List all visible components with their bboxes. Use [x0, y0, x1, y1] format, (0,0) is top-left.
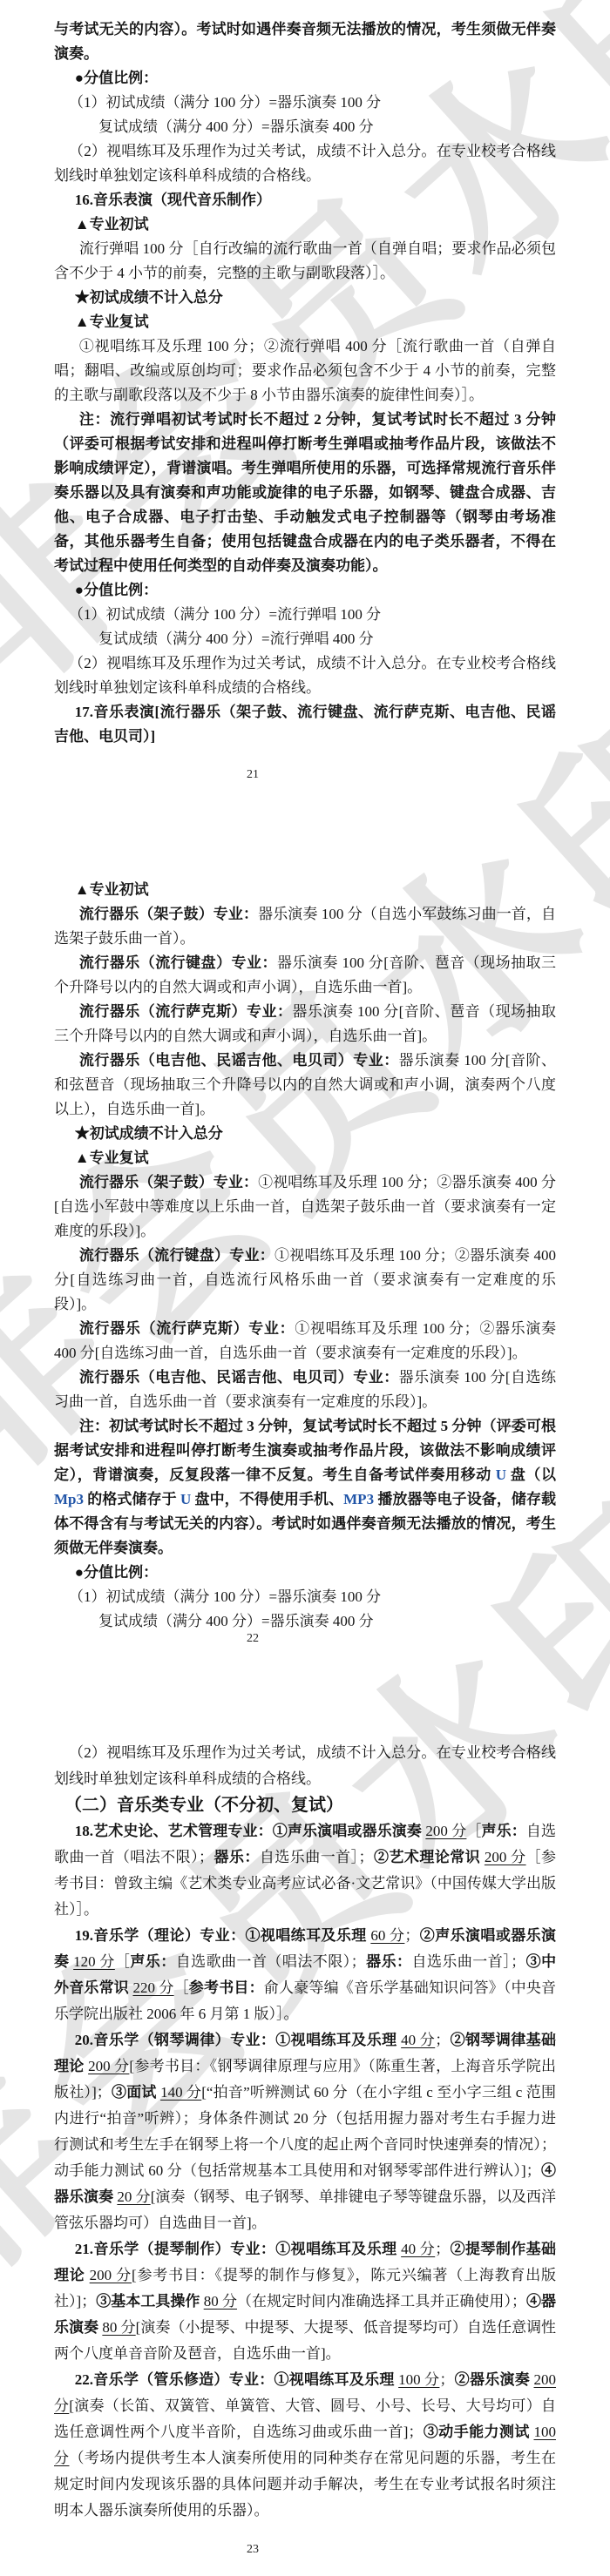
- text-run: 140 分: [160, 2084, 201, 2101]
- text-run: 流行器乐（电吉他、民谣吉他、电贝司）专业：: [79, 1052, 399, 1069]
- text-run: 120 分: [73, 1953, 115, 1970]
- text-run: （1）初试成绩（满分 100 分）=器乐演奏 100 分: [69, 94, 381, 111]
- text-run: U: [180, 1491, 191, 1507]
- text-run: （1）初试成绩（满分 100 分）=器乐演奏 100 分: [69, 1588, 381, 1605]
- text-run: 流行器乐（电吉他、民谣吉他、电贝司）专业：: [79, 1369, 399, 1386]
- score-note: （2）视唱练耳及乐理作为过关考试，成绩不计入总分。在专业校考合格线划线时单独划定…: [54, 651, 556, 700]
- text-run: 80 分: [102, 2319, 135, 2336]
- preliminary-exam-heading: ▲专业初试: [54, 212, 556, 237]
- text-run: 注：流行弹唱初试考试时长不超过 2 分钟，复试考试时长不超过 3 分钟（评委可根…: [54, 411, 556, 574]
- page-number-23: 23: [225, 2543, 281, 2557]
- text-run: 流行器乐（架子鼓）专业：: [79, 1174, 258, 1190]
- page-number-22: 22: [225, 1632, 281, 1646]
- text-run: （2）视唱练耳及乐理作为过关考试，成绩不计入总分。在专业校考合格线划线时单独划定…: [54, 1744, 556, 1787]
- text-run: 盘中，不得使用手机、: [191, 1491, 343, 1507]
- preliminary-not-counted: ★初试成绩不计入总分: [54, 1122, 556, 1146]
- text-run: 60 分: [370, 1927, 404, 1944]
- text-run: ［: [115, 1953, 130, 1970]
- text-run: 100 分: [398, 2371, 439, 2388]
- text-run: 16.音乐表演（现代音乐制作）: [75, 192, 271, 208]
- text-run: 40 分: [401, 2032, 435, 2048]
- item-22: 22.音乐学（管乐修造）专业：①视唱练耳及乐理 100 分；②器乐演奏 200 …: [54, 2367, 556, 2524]
- score-line-final: 复试成绩（满分 400 分）=器乐演奏 400 分: [54, 115, 556, 139]
- text-run: （在规定时间内准确选择工具并正确使用）；: [237, 2293, 526, 2310]
- final-exam-heading: ▲专业复试: [54, 310, 556, 334]
- text-run: 复试成绩（满分 400 分）=器乐演奏 400 分: [98, 1613, 374, 1629]
- text-run: 复试成绩（满分 400 分）=流行弹唱 400 分: [98, 631, 374, 647]
- text-run: （二）音乐类专业（不分初、复试）: [64, 1796, 343, 1815]
- spec-keyboard-final: 流行器乐（流行键盘）专业：①视唱练耳及乐理 100 分；②器乐演奏 400 分[…: [54, 1244, 556, 1317]
- text-run: 80 分: [204, 2293, 237, 2310]
- page-22-body: ▲专业初试流行器乐（架子鼓）专业：器乐演奏 100 分（自选小军鼓练习曲一首，自…: [54, 878, 556, 1634]
- text-run: 器乐：: [213, 1849, 260, 1865]
- text-run: ；: [404, 1927, 419, 1944]
- text-run: MP3: [343, 1491, 374, 1507]
- text-run: ▲专业初试: [75, 881, 149, 898]
- spec-drums-preliminary: 流行器乐（架子鼓）专业：器乐演奏 100 分（自选小军鼓练习曲一首，自选架子鼓乐…: [54, 902, 556, 951]
- text-run: （1）初试成绩（满分 100 分）=流行弹唱 100 分: [69, 606, 381, 623]
- score-note: （2）视唱练耳及乐理作为过关考试，成绩不计入总分。在专业校考合格线划线时单独划定…: [54, 1740, 556, 1792]
- text-run: 流行弹唱 100 分［自行改编的流行歌曲一首（自弹自唱；要求作品必须包含不少于 …: [54, 240, 556, 281]
- score-line-final: 复试成绩（满分 400 分）=流行弹唱 400 分: [54, 627, 556, 651]
- text-run: ；: [435, 2241, 450, 2257]
- text-run: 200 分: [425, 1823, 466, 1839]
- spec-keyboard-preliminary: 流行器乐（流行键盘）专业：器乐演奏 100 分[音阶、琶音（现场抽取三个升降号以…: [54, 951, 556, 1000]
- text-run: 的格式储存于: [84, 1491, 180, 1507]
- text-run: 自选乐曲一首］；: [411, 1953, 525, 1970]
- text-run: 流行器乐（流行萨克斯）专业：: [79, 1320, 295, 1337]
- text-run: ①视唱练耳及乐理 100 分；②流行弹唱 400 分［流行歌曲一首（自弹自唱；翻…: [54, 338, 556, 403]
- text-run: ★初试成绩不计入总分: [75, 289, 223, 306]
- text-run: ；: [439, 2371, 454, 2388]
- text-run: 器乐：: [366, 1953, 412, 1970]
- text-run: ▲专业复试: [75, 1150, 149, 1166]
- text-run: ③基本工具操作: [96, 2293, 203, 2310]
- text-run: ▲专业复试: [75, 314, 149, 330]
- text-run: 盘（以: [506, 1467, 556, 1483]
- score-ratio-heading: ●分值比例：: [54, 578, 556, 603]
- page-21-body: 与考试无关的内容）。考试时如遇伴奏音频无法播放的情况，考生须做无伴奏演奏。●分值…: [54, 17, 556, 749]
- text-run: Mp3: [54, 1491, 84, 1507]
- note-continuation: 与考试无关的内容）。考试时如遇伴奏音频无法播放的情况，考生须做无伴奏演奏。: [54, 17, 556, 66]
- text-run: 21.音乐学（提琴制作）专业：: [75, 2241, 275, 2257]
- text-run: 200 分: [90, 2267, 132, 2283]
- text-run: 流行器乐（流行键盘）专业：: [79, 954, 277, 971]
- score-line-preliminary: （1）初试成绩（满分 100 分）=器乐演奏 100 分: [54, 91, 556, 115]
- exam-note: 注：初试考试时长不超过 3 分钟，复试考试时长不超过 5 分钟（评委可根据考试安…: [54, 1414, 556, 1561]
- text-run: 声乐：: [130, 1953, 175, 1970]
- text-run: ；: [435, 2032, 450, 2048]
- text-run: 声乐：: [482, 1823, 526, 1839]
- score-note: （2）视唱练耳及乐理作为过关考试，成绩不计入总分。在专业校考合格线划线时单独划定…: [54, 139, 556, 188]
- score-line-preliminary: （1）初试成绩（满分 100 分）=流行弹唱 100 分: [54, 603, 556, 627]
- text-run: 流行器乐（流行键盘）专业：: [79, 1247, 274, 1264]
- final-exam-content: ①视唱练耳及乐理 100 分；②流行弹唱 400 分［流行歌曲一首（自弹自唱；翻…: [54, 334, 556, 408]
- text-run: 自选歌曲一首（唱法不限）；: [176, 1953, 366, 1970]
- spec-drums-final: 流行器乐（架子鼓）专业：①视唱练耳及乐理 100 分；②器乐演奏 400 分[自…: [54, 1170, 556, 1244]
- text-run: U: [496, 1467, 506, 1483]
- item-20: 20.音乐学（钢琴调律）专业：①视唱练耳及乐理 40 分；②钢琴调律基础理论 2…: [54, 2027, 556, 2236]
- item-21: 21.音乐学（提琴制作）专业：①视唱练耳及乐理 40 分；②提琴制作基础理论 2…: [54, 2236, 556, 2367]
- preliminary-not-counted: ★初试成绩不计入总分: [54, 286, 556, 310]
- text-run: 流行器乐（架子鼓）专业：: [79, 906, 258, 922]
- text-run: 220 分: [132, 1979, 173, 1996]
- text-run: 200 分: [88, 2058, 129, 2074]
- score-line-final: 复试成绩（满分 400 分）=器乐演奏 400 分: [54, 1609, 556, 1634]
- text-run: 40 分: [401, 2241, 435, 2257]
- text-run: ①视唱练耳及乐理: [274, 2371, 399, 2388]
- text-run: ★初试成绩不计入总分: [75, 1125, 223, 1142]
- text-run: ［: [174, 1979, 189, 1996]
- preliminary-exam-heading: ▲专业初试: [54, 878, 556, 902]
- text-run: 参考书目：: [189, 1979, 264, 1996]
- text-run: ①声乐演唱或器乐演奏: [273, 1823, 426, 1839]
- text-run: ②艺术理论常识: [374, 1849, 485, 1865]
- text-run: ①视唱练耳及乐理: [245, 1927, 370, 1944]
- text-run: 18.艺术史论、艺术管理专业：: [75, 1823, 273, 1839]
- text-run: ●分值比例：: [75, 582, 158, 598]
- item-16-heading: 16.音乐表演（现代音乐制作）: [54, 188, 556, 212]
- text-run: ●分值比例：: [75, 70, 158, 86]
- preliminary-exam-content: 流行弹唱 100 分［自行改编的流行歌曲一首（自弹自唱；要求作品必须包含不少于 …: [54, 237, 556, 286]
- text-run: 流行器乐（流行萨克斯）专业：: [79, 1003, 293, 1020]
- text-run: 22.音乐学（管乐修造）专业：: [75, 2371, 274, 2388]
- document-viewport: 非会员水印 非会员水印 非会员水印 与考试无关的内容）。考试时如遇伴奏音频无法播…: [0, 0, 610, 2576]
- section-2-heading: （二）音乐类专业（不分初、复试）: [54, 1792, 556, 1818]
- text-run: ③面试: [112, 2084, 160, 2101]
- text-run: 复试成绩（满分 400 分）=器乐演奏 400 分: [98, 118, 374, 135]
- spec-guitar-final: 流行器乐（电吉他、民谣吉他、电贝司）专业：器乐演奏 100 分[自选练习曲一首，…: [54, 1366, 556, 1414]
- spec-guitar-preliminary: 流行器乐（电吉他、民谣吉他、电贝司）专业：器乐演奏 100 分[音阶、和弦琶音（…: [54, 1049, 556, 1122]
- item-17-heading: 17.音乐表演[流行器乐（架子鼓、流行键盘、流行萨克斯、电吉他、民谣吉他、电贝司…: [54, 700, 556, 749]
- item-18: 18.艺术史论、艺术管理专业：①声乐演唱或器乐演奏 200 分［声乐：自选歌曲一…: [54, 1818, 556, 1923]
- text-run: ③动手能力测试: [423, 2424, 533, 2440]
- spec-sax-final: 流行器乐（流行萨克斯）专业：①视唱练耳及乐理 100 分；②器乐演奏 400 分…: [54, 1317, 556, 1366]
- text-run: （2）视唱练耳及乐理作为过关考试，成绩不计入总分。在专业校考合格线划线时单独划定…: [54, 655, 556, 696]
- text-run: （考场内提供考生本人演奏所使用的同种类存在常见问题的乐器，考生在规定时间内发现该…: [54, 2450, 556, 2519]
- text-run: ▲专业初试: [75, 216, 149, 233]
- text-run: ①视唱练耳及乐理: [275, 2241, 401, 2257]
- text-run: ②器乐演奏: [454, 2371, 533, 2388]
- text-run: 与考试无关的内容）。考试时如遇伴奏音频无法播放的情况，考生须做无伴奏演奏。: [54, 21, 556, 62]
- score-line-preliminary: （1）初试成绩（满分 100 分）=器乐演奏 100 分: [54, 1585, 556, 1609]
- text-run: ［: [466, 1823, 481, 1839]
- exam-note: 注：流行弹唱初试考试时长不超过 2 分钟，复试考试时长不超过 3 分钟（评委可根…: [54, 408, 556, 578]
- page-23-body: （2）视唱练耳及乐理作为过关考试，成绩不计入总分。在专业校考合格线划线时单独划定…: [54, 1740, 556, 2524]
- page-number-21: 21: [225, 768, 281, 782]
- text-run: 19.音乐学（理论）专业：: [75, 1927, 246, 1944]
- text-run: （2）视唱练耳及乐理作为过关考试，成绩不计入总分。在专业校考合格线划线时单独划定…: [54, 143, 556, 184]
- final-exam-heading: ▲专业复试: [54, 1146, 556, 1170]
- item-19: 19.音乐学（理论）专业：①视唱练耳及乐理 60 分；②声乐演唱或器乐演奏 12…: [54, 1923, 556, 2027]
- score-ratio-heading: ●分值比例：: [54, 1561, 556, 1585]
- text-run: 200 分: [485, 1849, 526, 1865]
- text-run: 注：初试考试时长不超过 3 分钟，复试考试时长不超过 5 分钟（评委可根据考试安…: [54, 1418, 556, 1483]
- text-run: 20.音乐学（钢琴调律）专业：: [75, 2032, 275, 2048]
- score-ratio-heading: ●分值比例：: [54, 66, 556, 91]
- text-run: 自选乐曲一首］；: [260, 1849, 374, 1865]
- text-run: 17.音乐表演[流行器乐（架子鼓、流行键盘、流行萨克斯、电吉他、民谣吉他、电贝司…: [54, 704, 556, 745]
- text-run: ●分值比例：: [75, 1564, 158, 1581]
- text-run: 20 分: [117, 2188, 150, 2205]
- spec-sax-preliminary: 流行器乐（流行萨克斯）专业：器乐演奏 100 分[音阶、琶音（现场抽取三个升降号…: [54, 1000, 556, 1049]
- text-run: ①视唱练耳及乐理: [275, 2032, 401, 2048]
